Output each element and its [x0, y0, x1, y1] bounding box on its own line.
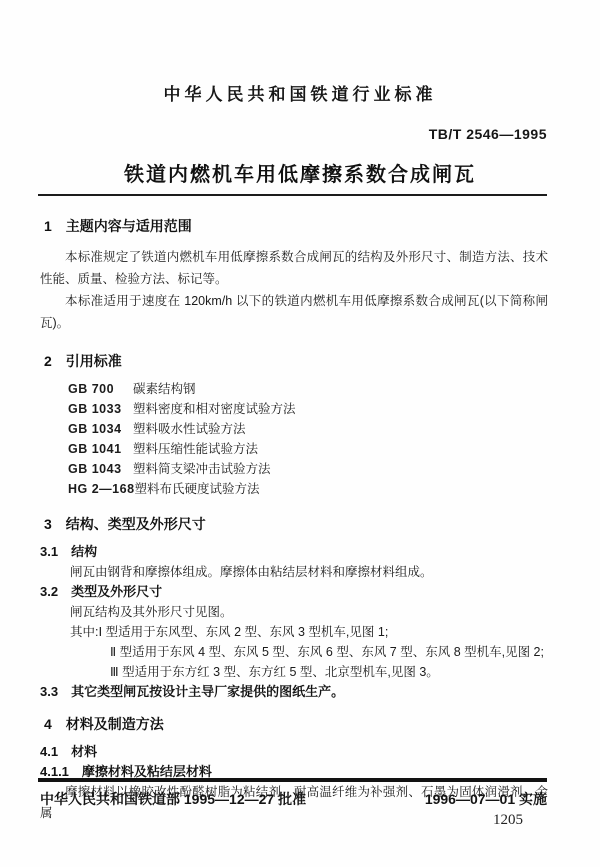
- reference-title: 塑料压缩性能试验方法: [133, 442, 258, 456]
- reference-title: 塑料布氏硬度试验方法: [135, 482, 260, 496]
- reference-code: GB 1043: [68, 459, 133, 479]
- section-4-1-heading: 4.1 材料: [40, 742, 548, 762]
- locomotive-type-line-1: 其中:Ⅰ 型适用于东风型、东风 2 型、东风 3 型机车,见图 1;: [40, 622, 548, 642]
- implementation-text: 1996—07—01 实施: [425, 789, 547, 809]
- section-2-heading: 2 引用标准: [44, 351, 548, 371]
- document-body: 1 主题内容与适用范围 本标准规定了铁道内燃机车用低摩擦系数合成闸瓦的结构及外形…: [40, 212, 548, 824]
- document-title: 铁道内燃机车用低摩擦系数合成闸瓦: [0, 158, 600, 187]
- reference-row: GB 1033塑料密度和相对密度试验方法: [68, 399, 548, 419]
- section-3-heading: 3 结构、类型及外形尺寸: [44, 514, 548, 534]
- reference-row: GB 1034塑料吸水性试验方法: [68, 419, 548, 439]
- reference-code: GB 700: [68, 379, 133, 399]
- reference-code: GB 1033: [68, 399, 133, 419]
- document-page: 中华人民共和国铁道行业标准 TB/T 2546—1995 铁道内燃机车用低摩擦系…: [0, 0, 600, 867]
- reference-code: GB 1041: [68, 439, 133, 459]
- section-3-1-heading: 3.1 结构: [40, 542, 548, 562]
- locomotive-type-line-3: Ⅲ 型适用于东方红 3 型、东方红 5 型、北京型机车,见图 3。: [40, 662, 548, 682]
- title-divider: [38, 194, 547, 196]
- reference-title: 塑料密度和相对密度试验方法: [133, 402, 296, 416]
- page-number: 1205: [493, 812, 523, 829]
- reference-code: HG 2—168: [68, 479, 135, 499]
- approval-text: 中华人民共和国铁道部 1995—12—27 批准: [40, 789, 306, 809]
- locomotive-type-line-2: Ⅱ 型适用于东风 4 型、东风 5 型、东风 6 型、东风 7 型、东风 8 型…: [40, 642, 548, 662]
- reference-row: GB 700碳素结构钢: [68, 379, 548, 399]
- reference-title: 碳素结构钢: [133, 382, 196, 396]
- section-3-2-heading: 3.2 类型及外形尺寸: [40, 582, 548, 602]
- section-1-paragraph-1: 本标准规定了铁道内燃机车用低摩擦系数合成闸瓦的结构及外形尺寸、制造方法、技术性能…: [40, 246, 548, 290]
- reference-row: GB 1041塑料压缩性能试验方法: [68, 439, 548, 459]
- section-1-paragraph-2: 本标准适用于速度在 120km/h 以下的铁道内燃机车用低摩擦系数合成闸瓦(以下…: [40, 290, 548, 334]
- standard-number: TB/T 2546—1995: [429, 126, 547, 142]
- reference-code: GB 1034: [68, 419, 133, 439]
- section-1-heading: 1 主题内容与适用范围: [44, 216, 548, 236]
- section-3-2-body: 闸瓦结构及其外形尺寸见图。: [40, 602, 548, 622]
- footer-divider: [38, 778, 547, 782]
- reference-title: 塑料吸水性试验方法: [133, 422, 246, 436]
- reference-row: HG 2—168塑料布氏硬度试验方法: [68, 479, 548, 499]
- reference-title: 塑料简支梁冲击试验方法: [133, 462, 271, 476]
- section-4-heading: 4 材料及制造方法: [44, 714, 548, 734]
- footer: 中华人民共和国铁道部 1995—12—27 批准 1996—07—01 实施: [40, 789, 547, 809]
- reference-row: GB 1043塑料简支梁冲击试验方法: [68, 459, 548, 479]
- standard-type-header: 中华人民共和国铁道行业标准: [0, 80, 600, 105]
- reference-list: GB 700碳素结构钢 GB 1033塑料密度和相对密度试验方法 GB 1034…: [40, 379, 548, 499]
- section-3-3-line: 3.3 其它类型闸瓦按设计主导厂家提供的图纸生产。: [40, 682, 548, 702]
- section-3-1-body: 闸瓦由钢背和摩擦体组成。摩擦体由粘结层材料和摩擦材料组成。: [40, 562, 548, 582]
